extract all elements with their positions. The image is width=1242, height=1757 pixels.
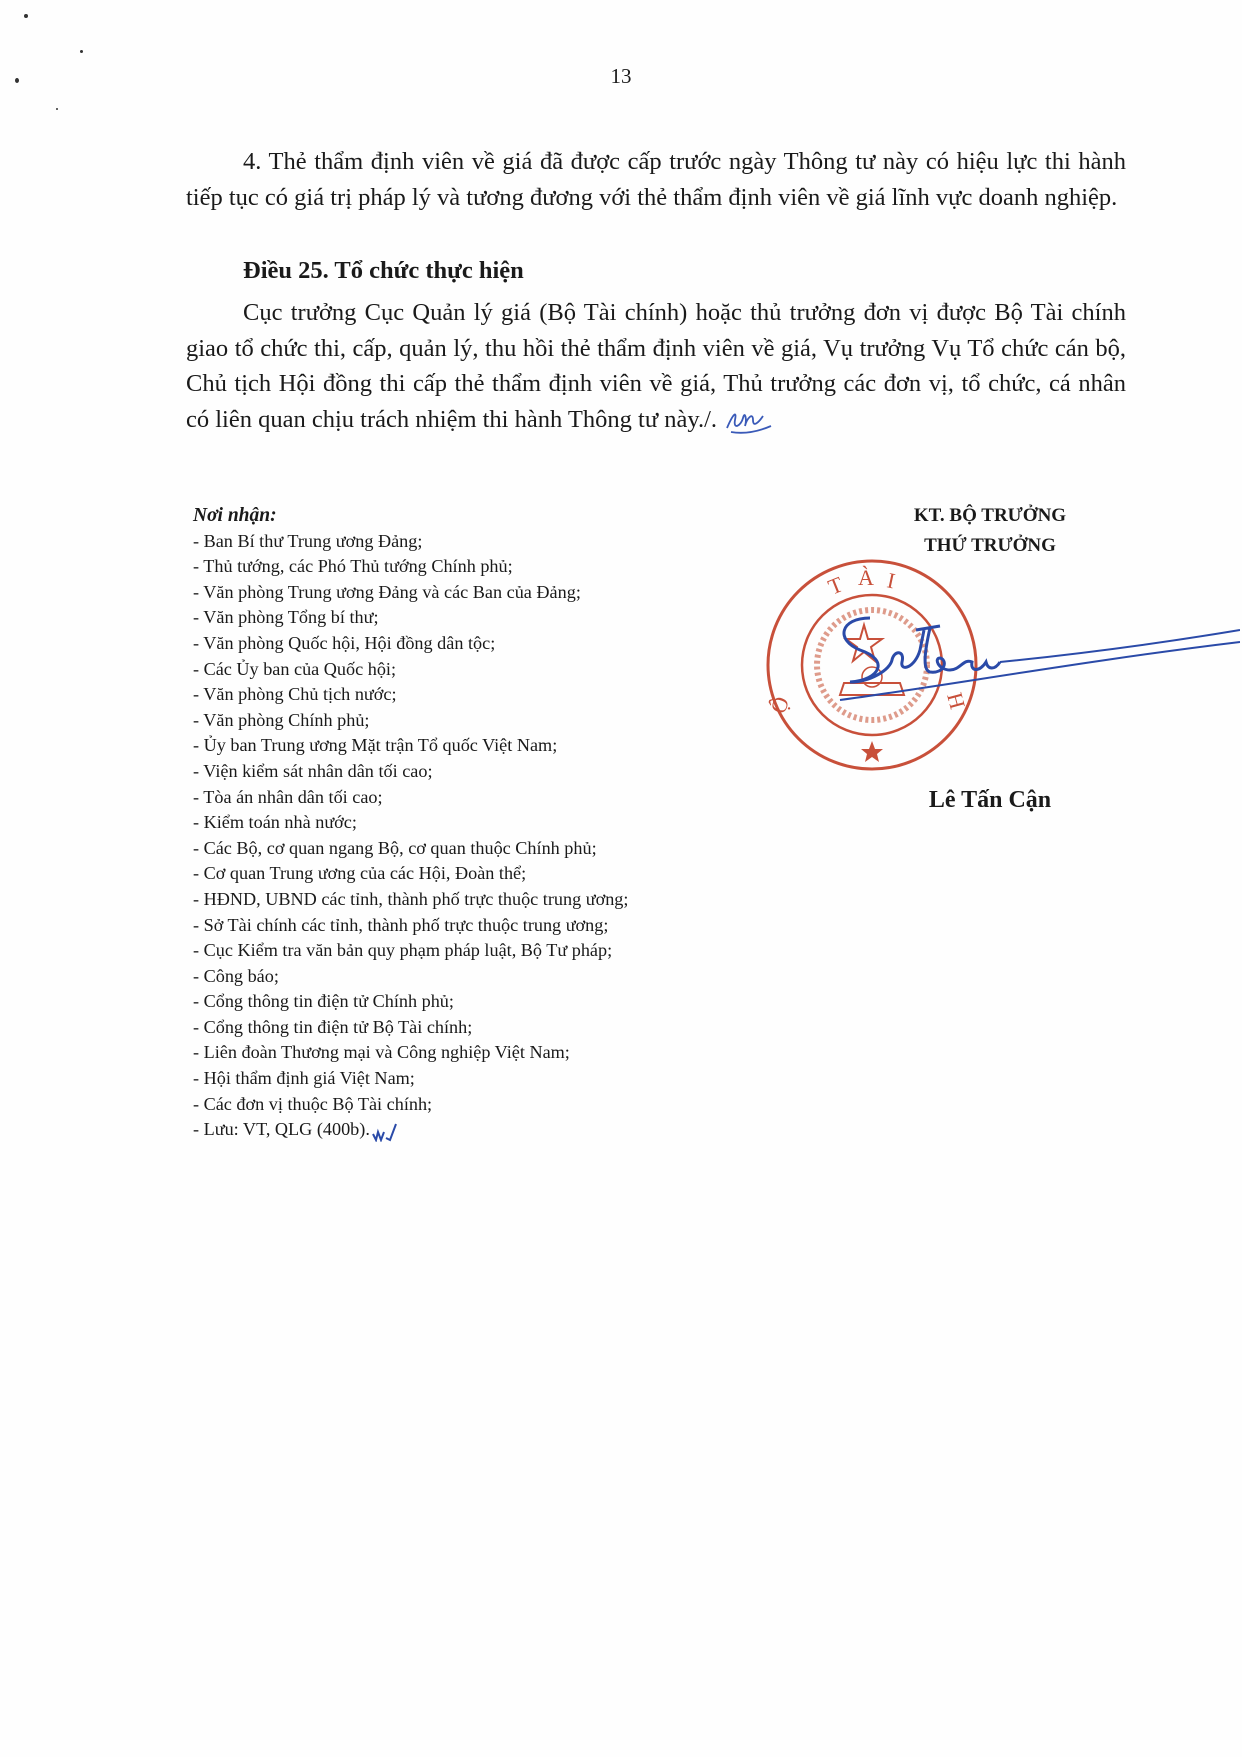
recipients-list: Nơi nhận: - Ban Bí thư Trung ương Đảng;-…	[193, 503, 628, 1143]
recipient-item: - Văn phòng Quốc hội, Hội đồng dân tộc;	[193, 631, 628, 657]
recipient-item: - Văn phòng Trung ương Đảng và các Ban c…	[193, 580, 628, 606]
recipient-item: - Các Ủy ban của Quốc hội;	[193, 657, 628, 683]
svg-text:Ộ: Ộ	[765, 693, 794, 716]
recipient-item: - Văn phòng Tổng bí thư;	[193, 605, 628, 631]
recipient-item: - Văn phòng Chính phủ;	[193, 708, 628, 734]
signer-name: Lê Tấn Cận	[840, 787, 1140, 814]
svg-text:À: À	[858, 565, 874, 590]
handwritten-signature-icon	[830, 600, 1240, 720]
article-body: Cục trưởng Cục Quản lý giá (Bộ Tài chính…	[186, 295, 1126, 437]
signature-title-line2: THỨ TRƯỞNG	[840, 535, 1140, 557]
recipient-item: - Thủ tướng, các Phó Thủ tướng Chính phủ…	[193, 554, 628, 580]
recipient-item: - Các đơn vị thuộc Bộ Tài chính;	[193, 1092, 628, 1118]
recipient-item: - Cục Kiểm tra văn bản quy phạm pháp luậ…	[193, 938, 628, 964]
recipient-item: - Tòa án nhân dân tối cao;	[193, 785, 628, 811]
scan-speck	[56, 108, 58, 110]
recipient-item: - Văn phòng Chủ tịch nước;	[193, 682, 628, 708]
recipient-item: - Các Bộ, cơ quan ngang Bộ, cơ quan thuộ…	[193, 836, 628, 862]
handwritten-initial-icon	[723, 406, 775, 436]
article-body-text: Cục trưởng Cục Quản lý giá (Bộ Tài chính…	[186, 299, 1126, 433]
recipient-item: - Công báo;	[193, 964, 628, 990]
recipient-items: - Ban Bí thư Trung ương Đảng;- Thủ tướng…	[193, 529, 628, 1143]
svg-text:T: T	[825, 571, 847, 599]
clause-4: 4. Thẻ thẩm định viên về giá đã được cấp…	[186, 144, 1126, 215]
recipient-item: - Ủy ban Trung ương Mặt trận Tổ quốc Việ…	[193, 733, 628, 759]
recipient-item: - Kiểm toán nhà nước;	[193, 810, 628, 836]
recipient-item: - Hội thẩm định giá Việt Nam;	[193, 1066, 628, 1092]
svg-text:I: I	[885, 567, 897, 593]
recipient-item: - HĐND, UBND các tỉnh, thành phố trực th…	[193, 887, 628, 913]
initial-mark-icon	[370, 1119, 398, 1139]
scan-speck	[24, 14, 28, 18]
scan-speck	[80, 50, 83, 53]
recipient-item: - Cơ quan Trung ương của các Hội, Đoàn t…	[193, 861, 628, 887]
recipient-item: - Lưu: VT, QLG (400b).	[193, 1119, 370, 1139]
recipient-item: - Liên đoàn Thương mại và Công nghiệp Vi…	[193, 1040, 628, 1066]
recipients-title: Nơi nhận:	[193, 503, 628, 529]
recipient-item: - Viện kiểm sát nhân dân tối cao;	[193, 759, 628, 785]
recipient-item: - Sở Tài chính các tỉnh, thành phố trực …	[193, 913, 628, 939]
recipient-item: - Ban Bí thư Trung ương Đảng;	[193, 529, 628, 555]
recipient-item: - Cổng thông tin điện tử Chính phủ;	[193, 989, 628, 1015]
article-heading: Điều 25. Tổ chức thực hiện	[243, 257, 524, 285]
page-number: 13	[0, 64, 1242, 89]
clause-4-text: 4. Thẻ thẩm định viên về giá đã được cấp…	[186, 148, 1126, 211]
signature-title-line1: KT. BỘ TRƯỞNG	[840, 505, 1140, 527]
recipient-item: - Cổng thông tin điện tử Bộ Tài chính;	[193, 1015, 628, 1041]
